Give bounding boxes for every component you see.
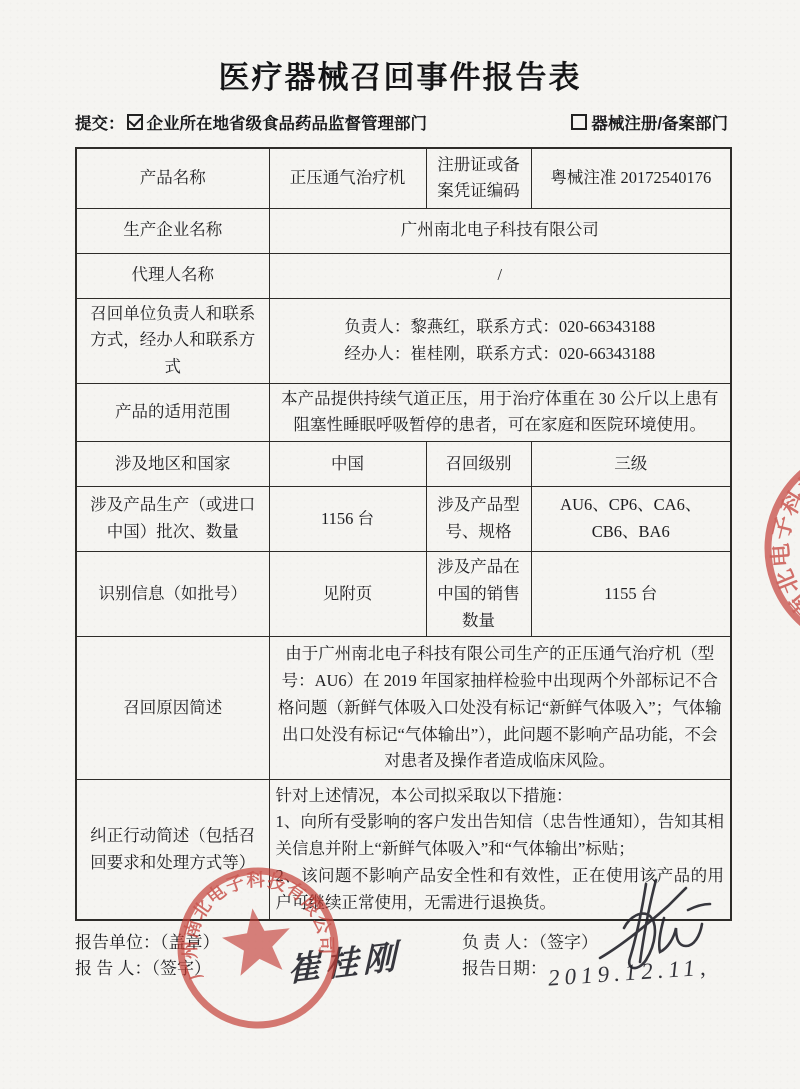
submit-option-provincial: 提交： 企业所在地省级食品药品监督管理部门 [75, 110, 427, 134]
cell-value: / [269, 253, 731, 298]
row-label: 涉及产品在中国的销售数量 [426, 552, 531, 637]
table-row: 涉及地区和国家 中国 召回级别 三级 [76, 442, 731, 487]
row-label: 纠正行动简述（包括召回要求和处理方式等） [76, 780, 269, 920]
table-row: 生产企业名称 广州南北电子科技有限公司 [76, 208, 731, 253]
cell-value: 本产品提供持续气道正压，用于治疗体重在 30 公斤以上患有阻塞性睡眠呼吸暂停的患… [269, 383, 731, 441]
checkbox-checked-icon [127, 114, 143, 130]
cell-value: 由于广州南北电子科技有限公司生产的正压通气治疗机（型号：AU6）在 2019 年… [269, 637, 731, 780]
cell-value: 粤械注准 20172540176 [531, 148, 731, 208]
table-row: 产品的适用范围 本产品提供持续气道正压，用于治疗体重在 30 公斤以上患有阻塞性… [76, 383, 731, 441]
partial-seal-stamp-right-edge: 广州南北电子科技有限公司 [734, 414, 800, 681]
submit-label: 提交： [75, 110, 125, 134]
row-label: 涉及地区和国家 [76, 442, 269, 487]
table-row: 代理人名称 / [76, 253, 731, 298]
cell-value: 正压通气治疗机 [269, 148, 426, 208]
submit-option1-label: 企业所在地省级食品药品监督管理部门 [147, 110, 428, 134]
svg-text:广州南北电子科技有限公司: 广州南北电子科技有限公司 [734, 414, 800, 653]
row-label: 注册证或备案凭证编码 [426, 148, 531, 208]
row-label: 产品的适用范围 [76, 383, 269, 441]
table-row: 召回单位负责人和联系方式，经办人和联系方式 负责人：黎燕红，联系方式：020-6… [76, 298, 731, 383]
row-label: 代理人名称 [76, 253, 269, 298]
reporter-signature: 崔桂刚 [287, 924, 457, 992]
checkbox-unchecked-icon [571, 114, 587, 130]
row-label: 识别信息（如批号） [76, 552, 269, 637]
action-line-2: 2、该问题不影响产品安全性和有效性，正在使用该产品的用户可继续正常使用，无需进行… [276, 863, 725, 916]
submit-row: 提交： 企业所在地省级食品药品监督管理部门 器械注册/备案部门 [75, 110, 728, 134]
action-line-1: 1、向所有受影响的客户发出告知信（忠告性通知），告知其相关信息并附上“新鲜气体吸… [276, 809, 725, 862]
row-label: 召回原因简述 [76, 637, 269, 780]
cell-value: 负责人：黎燕红，联系方式：020-66343188 经办人：崔桂刚，联系方式：0… [269, 298, 731, 383]
recall-report-table: 产品名称 正压通气治疗机 注册证或备案凭证编码 粤械注准 20172540176… [75, 147, 732, 921]
cell-value: 1155 台 [531, 552, 731, 637]
action-line-intro: 针对上述情况，本公司拟采取以下措施： [276, 783, 725, 810]
row-label: 生产企业名称 [76, 208, 269, 253]
submit-option-registration: 器械注册/备案部门 [569, 110, 728, 134]
contact-line-responsible: 负责人：黎燕红，联系方式：020-66343188 [276, 314, 725, 341]
responsible-person-label: 负 责 人：（签字） [462, 930, 598, 956]
footer-left: 报告单位：（盖章） 报 告 人：（签字） [75, 930, 220, 982]
contact-line-handler: 经办人：崔桂刚，联系方式：020-66343188 [276, 341, 725, 368]
table-row: 纠正行动简述（包括召回要求和处理方式等） 针对上述情况，本公司拟采取以下措施： … [76, 780, 731, 920]
page-title: 医疗器械召回事件报告表 [0, 52, 800, 97]
cell-value: 见附页 [269, 552, 426, 637]
cell-value: 1156 台 [269, 487, 426, 552]
table-row: 召回原因简述 由于广州南北电子科技有限公司生产的正压通气治疗机（型号：AU6）在… [76, 637, 731, 780]
cell-value: 广州南北电子科技有限公司 [269, 208, 731, 253]
row-label: 涉及产品生产（或进口中国）批次、数量 [76, 487, 269, 552]
cell-value: 中国 [269, 442, 426, 487]
table-row: 产品名称 正压通气治疗机 注册证或备案凭证编码 粤械注准 20172540176 [76, 148, 731, 208]
cell-value: AU6、CP6、CA6、CB6、BA6 [531, 487, 731, 552]
row-label: 涉及产品型号、规格 [426, 487, 531, 552]
cell-value: 针对上述情况，本公司拟采取以下措施： 1、向所有受影响的客户发出告知信（忠告性通… [269, 780, 731, 920]
row-label: 召回单位负责人和联系方式，经办人和联系方式 [76, 298, 269, 383]
cell-value: 三级 [531, 442, 731, 487]
report-unit-label: 报告单位：（盖章） [75, 930, 220, 956]
row-label: 产品名称 [76, 148, 269, 208]
reporter-label: 报 告 人：（签字） [75, 956, 220, 982]
table-row: 涉及产品生产（或进口中国）批次、数量 1156 台 涉及产品型号、规格 AU6、… [76, 487, 731, 552]
partial-seal-company-arc-text: 广州南北电子科技有限公司 [734, 414, 800, 653]
table-row: 识别信息（如批号） 见附页 涉及产品在中国的销售数量 1155 台 [76, 552, 731, 637]
submit-option2-label: 器械注册/备案部门 [591, 110, 728, 134]
row-label: 召回级别 [426, 442, 531, 487]
